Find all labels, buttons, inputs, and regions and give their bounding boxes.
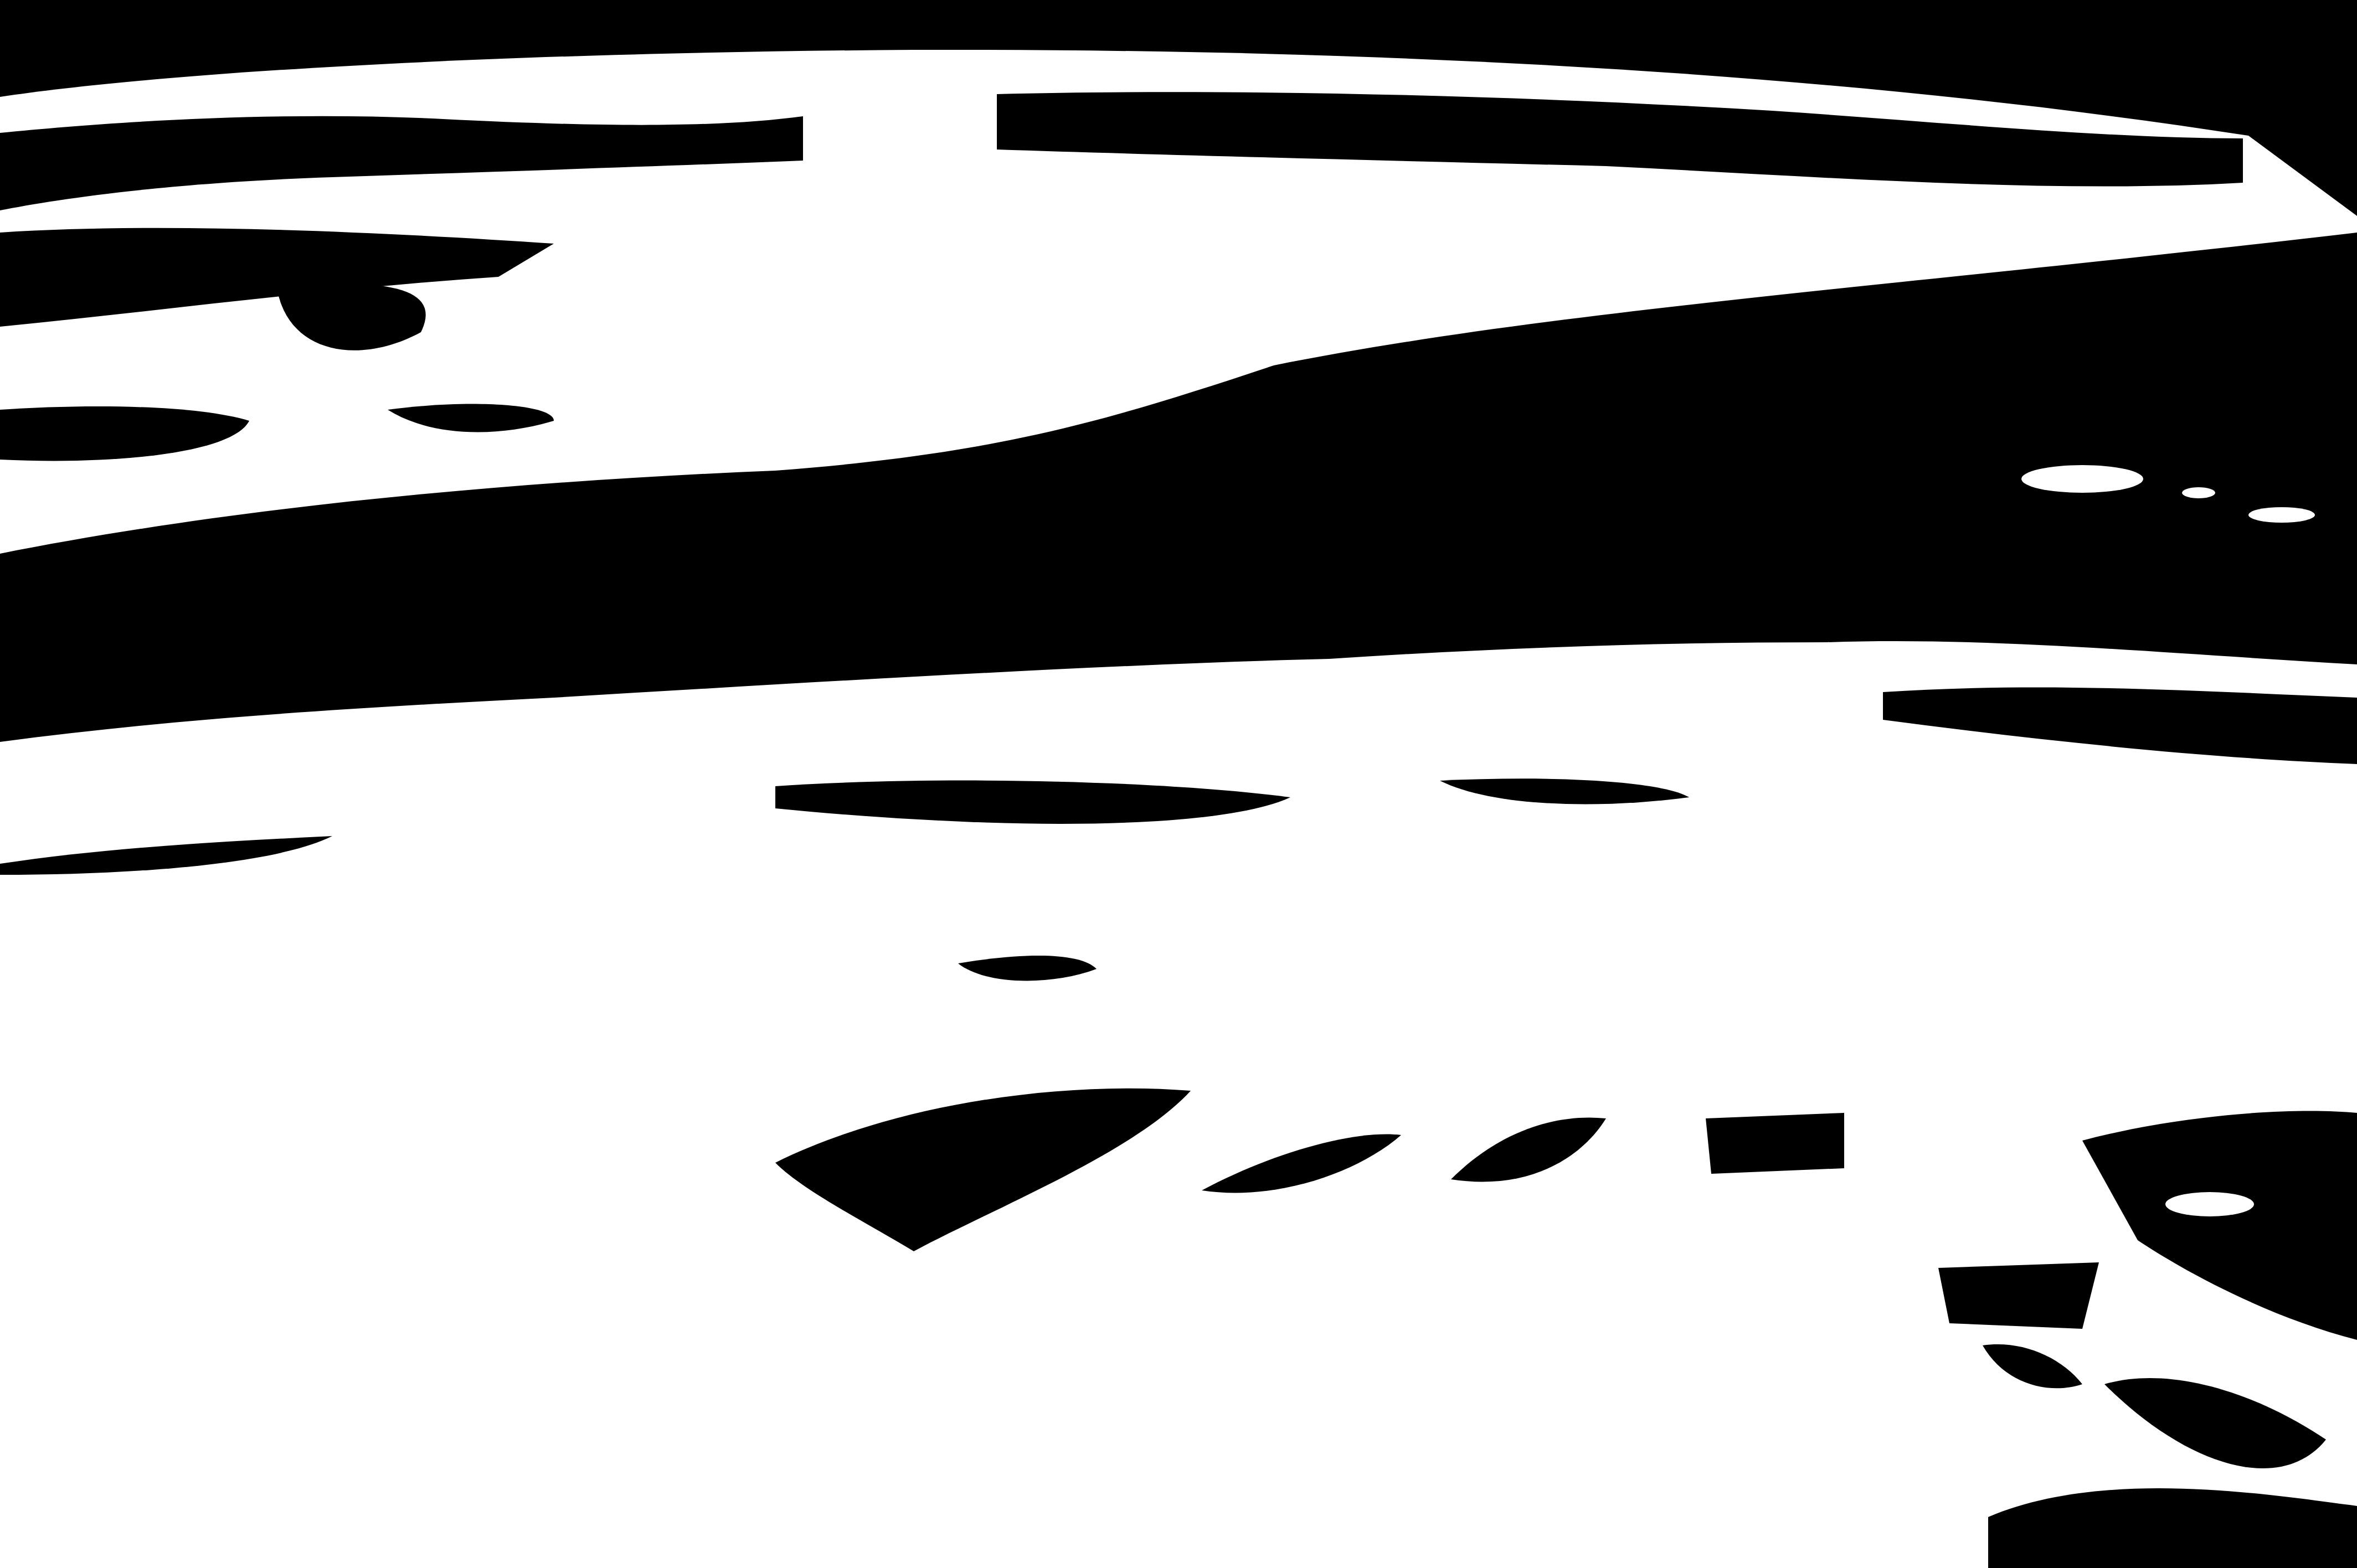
cloud-island bbox=[2165, 1192, 2254, 1216]
earth-horizon-photo bbox=[0, 0, 2357, 1568]
